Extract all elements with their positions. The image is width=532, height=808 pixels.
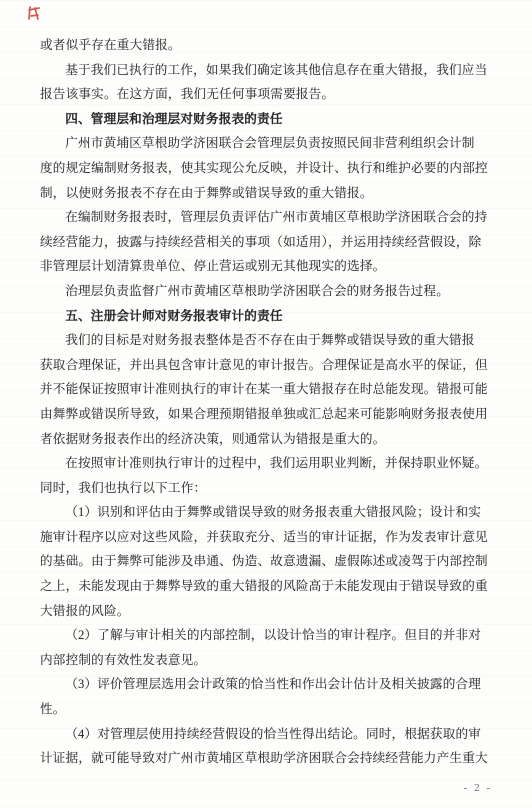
text-line: 并不能保证按照审计准则执行的审计在某一重大错报存在时总能发现。错报可能 — [40, 377, 484, 402]
text-line: 由舞弊或错误所导致，如果合理预期错报单独或汇总起来可能影响财务报表使用 — [40, 402, 484, 427]
text-line: 获取合理保证，并出具包含审计意见的审计报告。合理保证是高水平的保证，但 — [40, 353, 484, 378]
text-line: 或者似乎存在重大错报。 — [40, 33, 484, 58]
text-line: 治理层负责监督广州市黄埔区草根助学济困联合会的财务报告过程。 — [40, 279, 484, 304]
text-line: 计证据，就可能导致对广州市黄埔区草根助学济困联合会持续经营能力产生重大 — [40, 746, 484, 771]
text-line: 之上，未能发现由于舞弊导致的重大错报的风险高于未能发现由于错误导致的重 — [40, 574, 484, 599]
text-line: 的基础。由于舞弊可能涉及串通、伪造、故意遗漏、虚假陈述或凌驾于内部控制 — [40, 549, 484, 574]
text-line: 广州市黄埔区草根助学济困联合会管理层负责按照民间非营利组织会计制 — [40, 131, 484, 156]
text-line: 内部控制的有效性发表意见。 — [40, 648, 484, 673]
text-line: （1）识别和评估由于舞弊或错误导致的财务报表重大错报风险；设计和实 — [40, 500, 484, 525]
text-line: 非管理层计划清算贵单位、停止营运或别无其他现实的选择。 — [40, 254, 484, 279]
text-line: 者依据财务报表作出的经济决策，则通常认为错报是重大的。 — [40, 427, 484, 452]
text-line: 大错报的风险。 — [40, 599, 484, 624]
text-line: 在按照审计准则执行审计的过程中，我们运用职业判断，并保持职业怀疑。 — [40, 451, 484, 476]
section-heading-line: 五、注册会计师对财务报表审计的责任 — [40, 304, 484, 329]
text-line: 续经营能力，披露与持续经营相关的事项（如适用），并运用持续经营假设，除 — [40, 230, 484, 255]
text-line: 施审计程序以应对这些风险，并获取充分、适当的审计证据，作为发表审计意见 — [40, 525, 484, 550]
red-ink-mark — [26, 4, 43, 23]
document-body: 或者似乎存在重大错报。基于我们已执行的工作，如果我们确定该其他信息存在重大错报，… — [40, 33, 484, 771]
text-line: （4）对管理层使用持续经营假设的恰当性得出结论。同时，根据获取的审 — [40, 722, 484, 747]
page-number: - 2 - — [464, 782, 492, 794]
text-line: 性。 — [40, 697, 484, 722]
text-line: 度的规定编制财务报表，使其实现公允反映，并设计、执行和维护必要的内部控 — [40, 156, 484, 181]
document-page: 或者似乎存在重大错报。基于我们已执行的工作，如果我们确定该其他信息存在重大错报，… — [0, 0, 532, 808]
text-line: 报告该事实。在这方面，我们无任何事项需要报告。 — [40, 82, 484, 107]
text-line: 同时，我们也执行以下工作： — [40, 476, 484, 501]
text-line: 我们的目标是对财务报表整体是否不存在由于舞弊或错误导致的重大错报 — [40, 328, 484, 353]
text-line: 制，以使财务报表不存在由于舞弊或错误导致的重大错报。 — [40, 181, 484, 206]
text-line: 在编制财务报表时，管理层负责评估广州市黄埔区草根助学济困联合会的持 — [40, 205, 484, 230]
text-line: （3）评价管理层选用会计政策的恰当性和作出会计估计及相关披露的合理 — [40, 672, 484, 697]
text-line: （2）了解与审计相关的内部控制，以设计恰当的审计程序。但目的并非对 — [40, 623, 484, 648]
text-line: 基于我们已执行的工作，如果我们确定该其他信息存在重大错报，我们应当 — [40, 58, 484, 83]
section-heading-line: 四、管理层和治理层对财务报表的责任 — [40, 107, 484, 132]
